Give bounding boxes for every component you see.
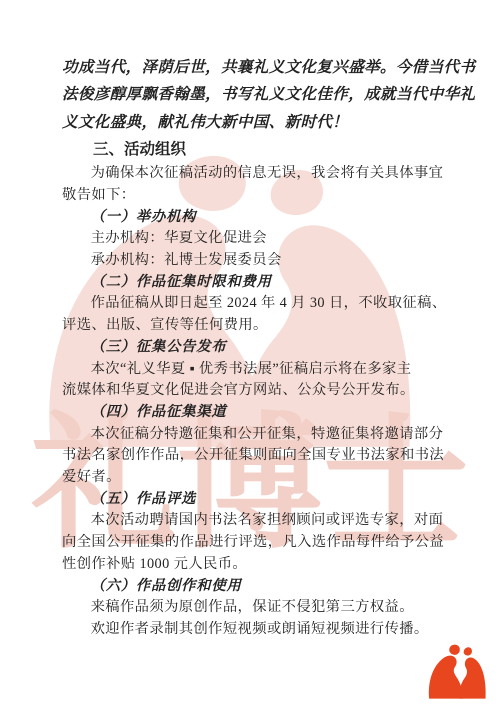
- sub-section-heading: （一）举办机构: [62, 207, 448, 229]
- text-line: 向全国公开征集的作品进行评选，凡入选作品每件给予公益: [62, 532, 448, 554]
- intro-line: 义文化盛典，献礼伟大新中国、新时代！: [62, 109, 448, 136]
- bowing-figures-logo: [423, 642, 491, 700]
- text-line: 本次“礼义华夏 ▪ 优秀书法展”征稿启示将在多家主: [62, 359, 448, 381]
- text-line: 承办机构：礼博士发展委员会: [62, 250, 448, 272]
- text-line: 本次征稿分特邀征集和公开征集，特邀征集将邀请部分: [62, 424, 448, 446]
- text-line: 本次活动聘请国内书法名家担纲顾问或评选专家，对面: [62, 510, 448, 532]
- sub-section-heading: （三）征集公告发布: [62, 337, 448, 359]
- intro-paragraph: 功成当代，泽荫后世，共襄礼义文化复兴盛举。今借当代书法俊彦醇厚飘香翰墨，书写礼义…: [62, 54, 448, 136]
- sub-section-heading: （六）作品创作和使用: [62, 576, 448, 598]
- text-line: 书法名家创作作品，公开征集则面向全国专业书法家和书法: [62, 445, 448, 467]
- text-line: 爱好者。: [62, 467, 448, 489]
- text-line: 为确保本次征稿活动的信息无误，我会将有关具体事宜: [62, 163, 448, 185]
- section-heading: 三、活动组织: [62, 136, 448, 163]
- text-line: 评选、出版、宣传等任何费用。: [62, 315, 448, 337]
- text-line: 作品征稿从即日起至 2024 年 4 月 30 日，不收取征稿、: [62, 293, 448, 315]
- body-text: 为确保本次征稿活动的信息无误，我会将有关具体事宜敬告如下：（一）举办机构主办机构…: [62, 163, 448, 640]
- text-line: 性创作补贴 1000 元人民币。: [62, 554, 448, 576]
- text-line: 欢迎作者录制其创作短视频或朗诵短视频进行传播。: [62, 619, 448, 641]
- text-line: 流媒体和华夏文化促进会官方网站、公众号公开发布。: [62, 380, 448, 402]
- text-line: 敬告如下：: [62, 185, 448, 207]
- document-page: 礼博士 功成当代，泽荫后世，共襄礼义文化复兴盛举。今借当代书法俊彦醇厚飘香翰墨，…: [0, 0, 500, 706]
- intro-line: 功成当代，泽荫后世，共襄礼义文化复兴盛举。今借当代书: [62, 54, 448, 81]
- intro-line: 法俊彦醇厚飘香翰墨，书写礼义文化佳作，成就当代中华礼: [62, 81, 448, 108]
- text-line: 来稿作品须为原创作品，保证不侵犯第三方权益。: [62, 597, 448, 619]
- sub-section-heading: （四）作品征集渠道: [62, 402, 448, 424]
- text-line: 主办机构：华夏文化促进会: [62, 228, 448, 250]
- document-content: 功成当代，泽荫后世，共襄礼义文化复兴盛举。今借当代书法俊彦醇厚飘香翰墨，书写礼义…: [62, 54, 448, 641]
- sub-section-heading: （二）作品征集时限和费用: [62, 272, 448, 294]
- sub-section-heading: （五）作品评选: [62, 489, 448, 511]
